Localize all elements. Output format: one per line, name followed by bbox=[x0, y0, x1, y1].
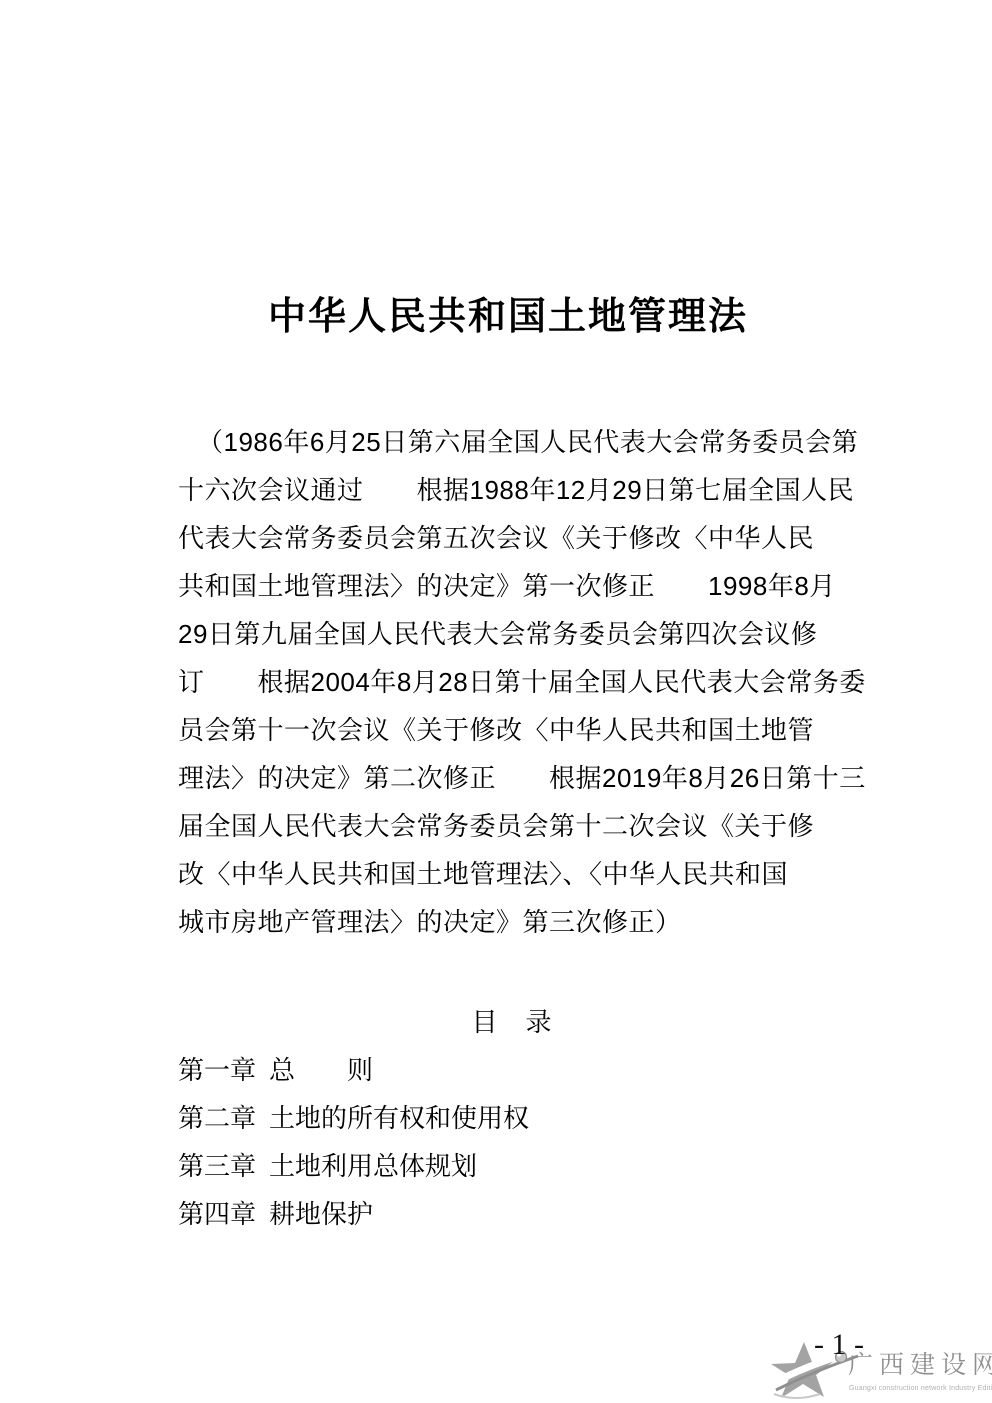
preamble-line: 29日第九届全国人民代表大会常务委员会第四次会议修 bbox=[178, 610, 846, 658]
preamble-line: 员会第十一次会议《关于修改〈中华人民共和国土地管 bbox=[178, 706, 846, 754]
preamble-line: 共和国土地管理法〉的决定》第一次修正 1998年8月 bbox=[178, 562, 846, 610]
page-background: 中华人民共和国土地管理法 （1986年6月25日第六届全国人民代表大会常务委员会… bbox=[0, 0, 992, 1403]
toc-chapter-label: 第三章 bbox=[178, 1142, 256, 1190]
toc-heading: 目 录 bbox=[178, 998, 846, 1046]
toc-chapter-title: 土地利用总体规划 bbox=[269, 1142, 477, 1190]
toc-chapter-title: 总 则 bbox=[269, 1046, 373, 1094]
toc-chapter-label: 第二章 bbox=[178, 1094, 256, 1142]
watermark-site-caption: Guangxi construction network Industry Ed… bbox=[849, 1384, 992, 1393]
preamble-line: 理法〉的决定》第二次修正 根据2019年8月26日第十三 bbox=[178, 754, 846, 802]
toc-item-chapter-3: 第三章土地利用总体规划 bbox=[178, 1142, 846, 1190]
preamble-line: （1986年6月25日第六届全国人民代表大会常务委员会第 bbox=[178, 418, 846, 466]
preamble-line: 十六次会议通过 根据1988年12月29日第七届全国人民 bbox=[178, 466, 846, 514]
document-title: 中华人民共和国土地管理法 bbox=[178, 293, 838, 341]
preamble-line: 订 根据2004年8月28日第十届全国人民代表大会常务委 bbox=[178, 658, 846, 706]
toc-item-chapter-4: 第四章耕地保护 bbox=[178, 1190, 846, 1238]
toc-chapter-label: 第四章 bbox=[178, 1190, 256, 1238]
preamble-line: 城市房地产管理法〉的决定》第三次修正） bbox=[178, 898, 846, 946]
toc-item-chapter-1: 第一章总 则 bbox=[178, 1046, 846, 1094]
preamble-line: 代表大会常务委员会第五次会议《关于修改〈中华人民 bbox=[178, 514, 846, 562]
toc-item-chapter-2: 第二章土地的所有权和使用权 bbox=[178, 1094, 846, 1142]
preamble-paragraph: （1986年6月25日第六届全国人民代表大会常务委员会第 十六次会议通过 根据1… bbox=[178, 418, 846, 946]
toc-chapter-label: 第一章 bbox=[178, 1046, 256, 1094]
page-number: - 1 - bbox=[793, 1328, 885, 1362]
toc-chapter-title: 耕地保护 bbox=[269, 1190, 373, 1238]
toc-chapter-title: 土地的所有权和使用权 bbox=[269, 1094, 529, 1142]
table-of-contents: 目 录 第一章总 则 第二章土地的所有权和使用权 第三章土地利用总体规划 第四章… bbox=[178, 998, 846, 1238]
preamble-line: 届全国人民代表大会常务委员会第十二次会议《关于修 bbox=[178, 802, 846, 850]
preamble-line: 改〈中华人民共和国土地管理法〉、〈中华人民共和国 bbox=[178, 850, 846, 898]
